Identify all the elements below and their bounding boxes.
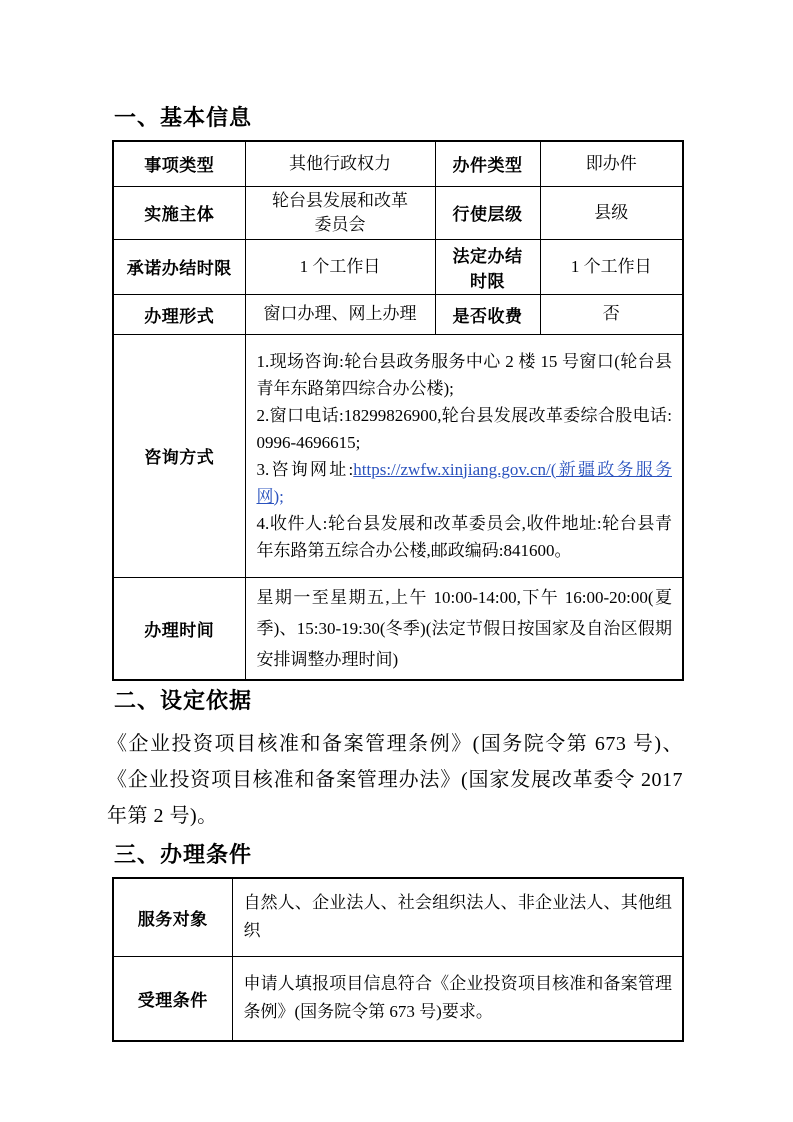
item-type-value: 其他行政权力 [245, 141, 435, 186]
consult-onsite: 1.现场咨询:轮台县政务服务中心 2 楼 15 号窗口(轮台县青年东路第四综合办… [257, 348, 673, 402]
implementing-body-value: 轮台县发展和改革 委员会 [245, 186, 435, 239]
consult-phone: 2.窗口电话:18299826900,轮台县发展改革委综合股电话:0996-46… [257, 402, 673, 456]
table-row: 服务对象 自然人、企业法人、社会组织法人、非企业法人、其他组织 [113, 878, 683, 957]
table-row: 办理形式 窗口办理、网上办理 是否收费 否 [113, 294, 683, 334]
consult-recipient: 4.收件人:轮台县发展和改革委员会,收件地址:轮台县青年东路第五综合办公楼,邮政… [257, 510, 673, 564]
table-row: 实施主体 轮台县发展和改革 委员会 行使层级 县级 [113, 186, 683, 239]
table-row: 受理条件 申请人填报项目信息符合《企业投资项目核准和备案管理条例》(国务院令第 … [113, 957, 683, 1041]
consult-website: 3.咨询网址:https://zwfw.xinjiang.gov.cn/(新疆政… [257, 456, 673, 510]
service-target-label: 服务对象 [113, 878, 232, 957]
statutory-time-limit-label: 法定办结 时限 [435, 239, 540, 294]
handling-form-value: 窗口办理、网上办理 [245, 294, 435, 334]
consultation-method-value: 1.现场咨询:轮台县政务服务中心 2 楼 15 号窗口(轮台县青年东路第四综合办… [245, 334, 683, 577]
setting-basis-paragraph: 《企业投资项目核准和备案管理条例》(国务院令第 673 号)、《企业投资项目核准… [107, 726, 683, 834]
case-type-label: 办件类型 [435, 141, 540, 186]
table-row: 事项类型 其他行政权力 办件类型 即办件 [113, 141, 683, 186]
page: { "headings": { "basic_info": "一、基本信息", … [0, 0, 793, 1122]
document-content: 一、基本信息 事项类型 其他行政权力 办件类型 即办件 实施主体 轮台县发展和改… [112, 104, 682, 1042]
handling-hours-value: 星期一至星期五,上午 10:00-14:00,下午 16:00-20:00(夏季… [245, 577, 683, 680]
table-row: 咨询方式 1.现场咨询:轮台县政务服务中心 2 楼 15 号窗口(轮台县青年东路… [113, 334, 683, 577]
conditions-table: 服务对象 自然人、企业法人、社会组织法人、非企业法人、其他组织 受理条件 申请人… [112, 877, 684, 1042]
promised-time-limit-value: 1 个工作日 [245, 239, 435, 294]
consult-website-prefix: 3.咨询网址: [257, 460, 354, 479]
case-type-value: 即办件 [540, 141, 683, 186]
heading-setting-basis: 二、设定依据 [114, 687, 682, 714]
acceptance-conditions-label: 受理条件 [113, 957, 232, 1041]
exercise-level-label: 行使层级 [435, 186, 540, 239]
basic-info-table: 事项类型 其他行政权力 办件类型 即办件 实施主体 轮台县发展和改革 委员会 行… [112, 140, 684, 681]
table-row: 承诺办结时限 1 个工作日 法定办结 时限 1 个工作日 [113, 239, 683, 294]
exercise-level-value: 县级 [540, 186, 683, 239]
statutory-time-limit-value: 1 个工作日 [540, 239, 683, 294]
fee-required-label: 是否收费 [435, 294, 540, 334]
fee-required-value: 否 [540, 294, 683, 334]
service-target-value: 自然人、企业法人、社会组织法人、非企业法人、其他组织 [232, 878, 683, 957]
handling-form-label: 办理形式 [113, 294, 245, 334]
heading-basic-info: 一、基本信息 [114, 104, 682, 131]
consultation-method-label: 咨询方式 [113, 334, 245, 577]
table-row: 办理时间 星期一至星期五,上午 10:00-14:00,下午 16:00-20:… [113, 577, 683, 680]
heading-handling-conditions: 三、办理条件 [114, 841, 682, 868]
implementing-body-label: 实施主体 [113, 186, 245, 239]
promised-time-limit-label: 承诺办结时限 [113, 239, 245, 294]
item-type-label: 事项类型 [113, 141, 245, 186]
handling-hours-label: 办理时间 [113, 577, 245, 680]
acceptance-conditions-value: 申请人填报项目信息符合《企业投资项目核准和备案管理条例》(国务院令第 673 号… [232, 957, 683, 1041]
